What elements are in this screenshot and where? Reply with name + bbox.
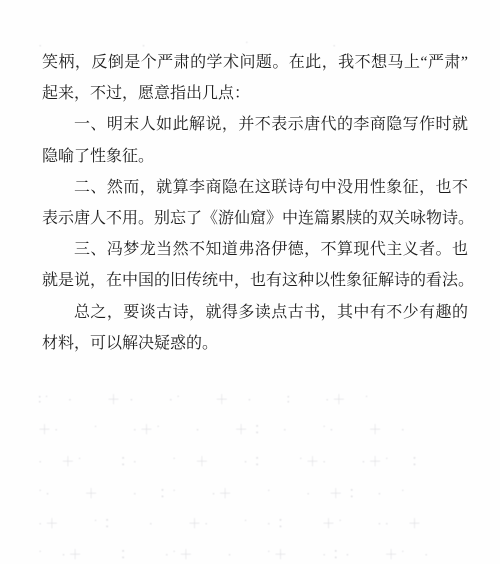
text-line: 总之，要谈古诗，就得多读点古书，其中有不少有趣的: [42, 297, 468, 328]
bleed-through-row: ˙· ＋ · ∶˙ ·＋ ˙ · ＋∶ · ˙: [38, 484, 468, 504]
bleed-through-row: ·＋ ˙∶ · ＋· ˙ ·∶ ＋˙ ·· ＋: [38, 514, 468, 534]
bleed-through-row: ＋· ˙ ·＋˙ · ＋∶ · ˙· ＋ ·: [38, 420, 468, 440]
text-line: 就是说，在中国的旧传统中，也有这种以性象征解诗的看法。: [42, 265, 468, 296]
text-line: 起来，不过，愿意指出几点：: [42, 78, 468, 109]
text-line: 材料，可以解决疑惑的。: [42, 328, 468, 359]
text-line: 笑柄，反倒是个严肃的学术问题。在此，我不想马上“严肃”: [42, 47, 468, 78]
text-line: 一、明末人如此解说，并不表示唐代的李商隐写作时就: [42, 109, 468, 140]
text-line: 二、然而，就算李商隐在这联诗句中没用性象征，也不: [42, 172, 468, 203]
text-block: 笑柄，反倒是个严肃的学术问题。在此，我不想马上“严肃”起来，不过，愿意指出几点：…: [42, 47, 468, 359]
bleed-through-row: ∶˙ · ＋ · ·˙ ＋ · ∶ ·＋ ˙: [38, 390, 468, 410]
text-line: 三、冯梦龙当然不知道弗洛伊德，不算现代主义者。也: [42, 234, 468, 265]
bleed-through-row: ˙ ·＋ ∶ ·˙＋ · ˙＋ ·∶· ＋˙ ·: [38, 545, 468, 564]
book-page: 笑柄，反倒是个严肃的学术问题。在此，我不想马上“严肃”起来，不过，愿意指出几点：…: [0, 0, 500, 564]
bleed-through-row: · ＋˙ ∶· ˙ ＋ ·∶ ˙＋· ·＋˙ ∶: [38, 452, 468, 472]
text-line: 隐喻了性象征。: [42, 141, 468, 172]
text-line: 表示唐人不用。别忘了《游仙窟》中连篇累牍的双关咏物诗。: [42, 203, 468, 234]
